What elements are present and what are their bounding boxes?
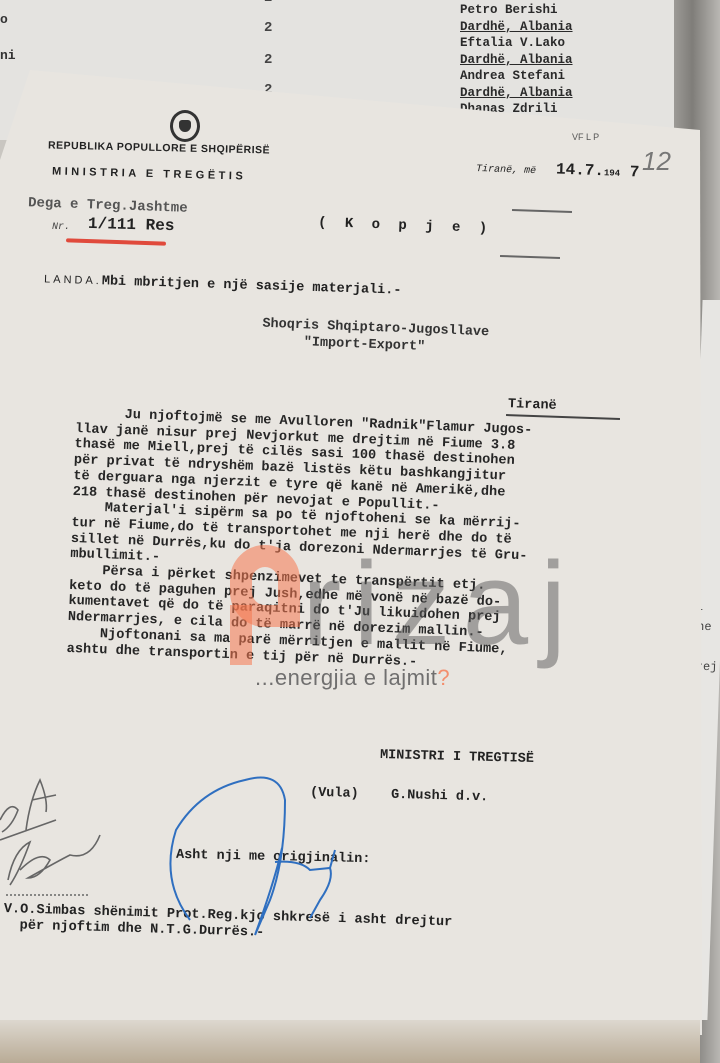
handwriting-layer <box>0 0 720 1063</box>
pencil-initials-icon <box>0 780 100 895</box>
blue-signature-icon <box>170 778 335 936</box>
